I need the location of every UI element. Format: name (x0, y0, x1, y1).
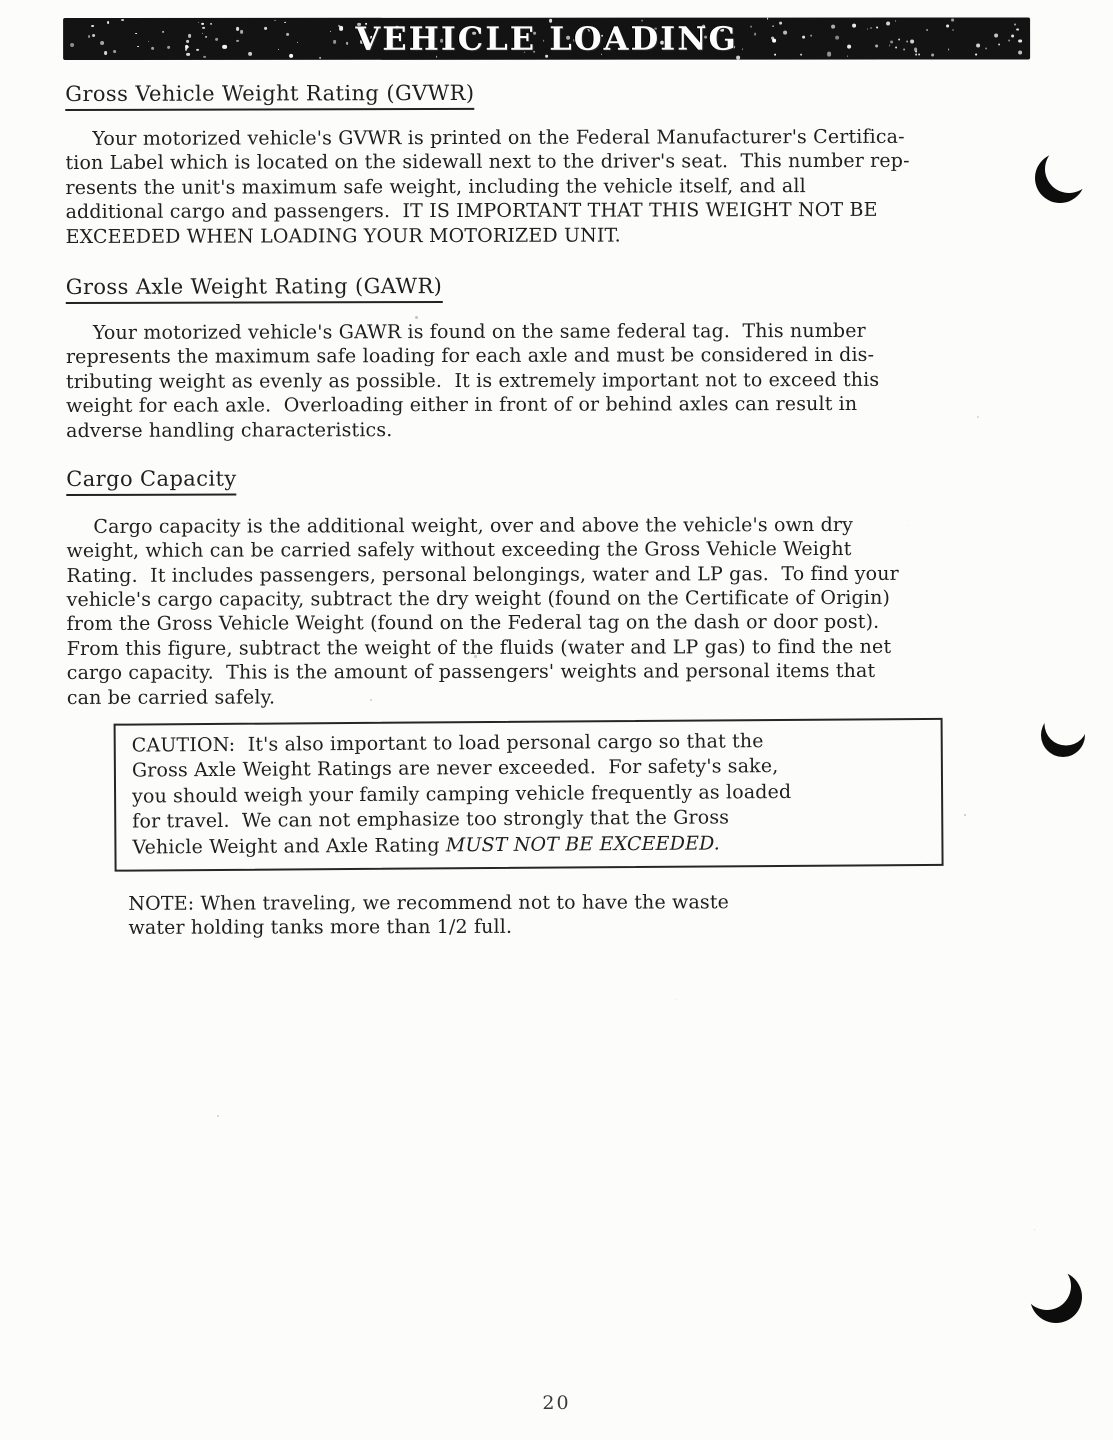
caution-text: CAUTION: It's also important to load per… (132, 728, 930, 835)
section-heading-cargo: Cargo Capacity (66, 464, 1026, 496)
page-number: 20 (0, 1392, 1113, 1414)
paragraph-line: adverse handling characteristics. (66, 416, 1026, 443)
caution-last-regular: Vehicle Weight and Axle Rating (132, 834, 446, 858)
paragraph-line: weight for each axle. Overloading either… (66, 392, 1026, 419)
paragraph-line: Your motorized vehicle's GAWR is found o… (66, 318, 1026, 345)
paragraph-line: tion Label which is located on the sidew… (65, 149, 1025, 176)
section-heading-gvwr: Gross Vehicle Weight Rating (GVWR) (65, 79, 1025, 111)
paragraph-line: additional cargo and passengers. IT IS I… (66, 198, 1026, 225)
scan-artifact-crescent-top (1031, 149, 1093, 209)
paragraph-line: weight, which can be carried safely with… (66, 537, 1026, 564)
header-banner: VEHICLE LOADING (63, 17, 1030, 60)
paragraph-line: vehicle's cargo capacity, subtract the d… (67, 586, 1027, 613)
noise-dot (217, 1115, 219, 1117)
document-page: VEHICLE LOADING Gross Vehicle Weight Rat… (0, 0, 1113, 1440)
paragraph-gawr: Your motorized vehicle's GAWR is found o… (66, 318, 1026, 442)
paragraph-line: from the Gross Vehicle Weight (found on … (67, 610, 1027, 637)
section-gvwr: Gross Vehicle Weight Rating (GVWR) Your … (65, 79, 1025, 248)
paragraph-line: From this figure, subtract the weight of… (67, 634, 1027, 661)
section-cargo-capacity: Cargo Capacity Cargo capacity is the add… (66, 464, 1027, 710)
page-content: VEHICLE LOADING Gross Vehicle Weight Rat… (0, 0, 1113, 941)
paragraph-gvwr: Your motorized vehicle's GVWR is printed… (65, 124, 1025, 248)
paragraph-line: EXCEEDED WHEN LOADING YOUR MOTORIZED UNI… (66, 222, 1026, 249)
page-title: VEHICLE LOADING (63, 17, 1030, 60)
caution-box: CAUTION: It's also important to load per… (114, 718, 944, 872)
section-heading-text: Gross Axle Weight Rating (GAWR) (66, 274, 443, 304)
caution-emphasis: MUST NOT BE EXCEEDED. (446, 832, 720, 856)
section-heading-text: Cargo Capacity (66, 466, 236, 495)
note-line: water holding tanks more than 1/2 full. (128, 914, 908, 940)
paragraph-cargo: Cargo capacity is the additional weight,… (66, 512, 1027, 710)
caution-last-line: Vehicle Weight and Axle Rating MUST NOT … (132, 830, 929, 861)
paragraph-line: can be carried safely. (67, 683, 1027, 710)
scan-artifact-crescent-bottom (1026, 1266, 1086, 1328)
paragraph-line: resents the unit's maximum safe weight, … (65, 173, 1025, 200)
paragraph-line: Your motorized vehicle's GVWR is printed… (65, 124, 1025, 151)
paragraph-line: represents the maximum safe loading for … (66, 343, 1026, 370)
note-line: NOTE: When traveling, we recommend not t… (128, 890, 908, 916)
paragraph-line: cargo capacity. This is the amount of pa… (67, 659, 1027, 686)
scan-artifact-crescent-middle (1035, 713, 1091, 767)
section-gawr: Gross Axle Weight Rating (GAWR) Your mot… (66, 272, 1026, 442)
paragraph-line: tributing weight as evenly as possible. … (66, 367, 1026, 394)
noise-dot (1034, 1229, 1035, 1230)
section-heading-gawr: Gross Axle Weight Rating (GAWR) (66, 272, 1026, 304)
noise-dot (675, 999, 676, 1000)
paragraph-line: Rating. It includes passengers, personal… (66, 561, 1026, 588)
section-heading-text: Gross Vehicle Weight Rating (GVWR) (65, 81, 474, 111)
paragraph-line: Cargo capacity is the additional weight,… (66, 512, 1026, 539)
note-block: NOTE: When traveling, we recommend not t… (128, 890, 908, 941)
